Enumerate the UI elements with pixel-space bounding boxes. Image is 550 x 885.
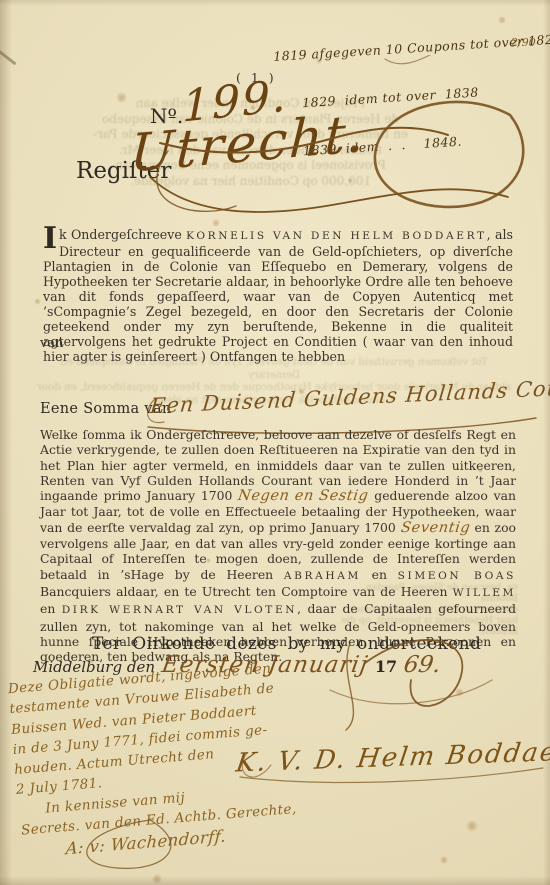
body-paragraph-1: Ik Ondergeſchreeve Kornelis van den Helm… — [43, 227, 513, 364]
paragraph-text: Bancquiers aldaar, en te Utrecht ten Com… — [40, 584, 453, 599]
paper-edge-left — [0, 0, 12, 885]
paragraph-text: , als Directeur en gequalificeerde van d… — [43, 227, 513, 364]
person-name: Willem — [453, 587, 516, 599]
corner-fold-mark — [0, 50, 17, 66]
person-name: Kornelis van den Helm Boddaert — [186, 230, 487, 242]
person-name: Simeon Boas — [398, 570, 516, 582]
foxing-spot — [455, 688, 464, 697]
attestation-line: Ter Oirkonde dezes by my onderteekend — [92, 634, 481, 654]
foxing-spot — [440, 856, 448, 864]
year-handwritten: 69. — [402, 652, 443, 678]
coupon-annotation-line: 1819 afgegeven 10 Coupons tot over 1828 — [273, 31, 550, 65]
person-name: Dirk Wernart van Vloten — [62, 604, 297, 616]
foxing-spot — [212, 219, 220, 227]
paragraph-text: en — [40, 601, 62, 616]
foxing-spot — [152, 874, 162, 884]
foxing-spot — [34, 298, 41, 305]
handwritten-insert-year1: Negen en Sestig — [237, 489, 369, 504]
body-paragraph-2: Welke ſomma ik Ondergeſchreeve, beloove … — [40, 427, 516, 664]
paragraph-text: en — [361, 567, 398, 582]
year-printed: 17 — [375, 657, 397, 676]
document-page: Project en Conditien onder welke aan de … — [0, 0, 550, 885]
sum-value-handwritten: Een Duisend Guldens Hollands Courant — [149, 374, 550, 418]
foxing-spot — [466, 820, 478, 832]
van-word: van — [40, 336, 63, 351]
person-name: Abraham — [284, 570, 361, 582]
foxing-spot — [116, 92, 127, 103]
folio-mark: 2/90 — [511, 36, 536, 49]
dropcap-initial: I — [43, 227, 57, 251]
handwritten-insert-year2: Seventig — [399, 521, 470, 536]
paper-edge-bottom — [0, 876, 550, 885]
paragraph-text: k Ondergeſchreeve — [59, 227, 186, 242]
